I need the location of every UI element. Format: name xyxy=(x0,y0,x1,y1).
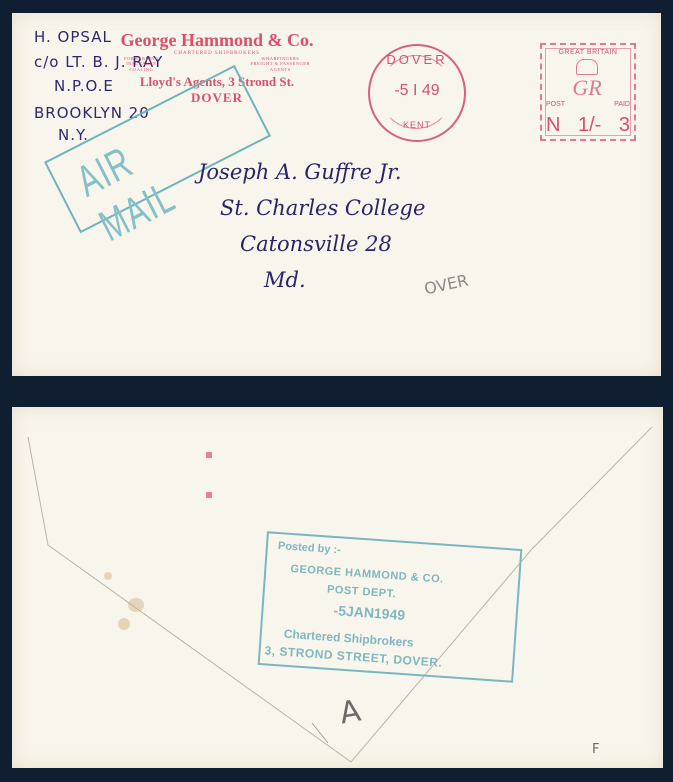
meter-stamp: GREAT BRITAIN GR POST PAID N 1/- 3 xyxy=(540,43,636,141)
meter-cypher: GR xyxy=(564,75,610,101)
postmark-date: -5 I 49 xyxy=(370,82,464,100)
posted-by-cachet: Posted by :- GEORGE HAMMOND & CO. POST D… xyxy=(258,531,523,683)
recipient-line-3: Catonsville 28 xyxy=(240,232,392,256)
meter-post: POST xyxy=(546,101,565,108)
red-ink-marks xyxy=(206,452,216,502)
foxing-stain xyxy=(118,618,130,630)
sender-line-3: N.P.O.E xyxy=(54,79,114,94)
recipient-line-4: Md. xyxy=(264,268,306,292)
meter-number: 3 xyxy=(619,114,630,137)
postmark-town: DOVER xyxy=(370,52,464,67)
cachet-line-1: Posted by :- xyxy=(278,540,342,556)
postmark-circle: DOVER -5 I 49 KENT xyxy=(368,44,466,142)
cachet-date: -5JAN1949 xyxy=(333,602,406,623)
meter-paid: PAID xyxy=(614,101,630,108)
letterhead-right-2: FREIGHT & PASSENGER xyxy=(250,61,310,66)
letterhead-left-2: INSURANCE xyxy=(124,61,159,66)
meter-value: 1/- xyxy=(578,114,601,137)
pencil-mark-f: F xyxy=(592,742,599,757)
foxing-stain xyxy=(104,572,112,580)
meter-code: N xyxy=(546,114,560,137)
foxing-stain xyxy=(128,598,144,612)
cachet-line-2: GEORGE HAMMOND & CO. xyxy=(290,563,444,586)
postmark-county: KENT xyxy=(370,120,464,130)
recipient-line-2: St. Charles College xyxy=(220,196,425,220)
cachet-line-3: POST DEPT. xyxy=(327,584,397,601)
crown-icon xyxy=(576,59,598,75)
sender-line-1: H. OPSAL xyxy=(34,30,112,45)
recipient-name: Joseph A. Guffre Jr. xyxy=(198,160,402,184)
meter-country: GREAT BRITAIN xyxy=(542,49,634,56)
cachet-line-6: 3, STROND STREET, DOVER. xyxy=(264,643,443,669)
letterhead-name: George Hammond & Co. xyxy=(112,30,322,51)
letterhead-left-3: COALING xyxy=(124,67,159,72)
letterhead-right-3: AGENTS xyxy=(250,67,310,72)
